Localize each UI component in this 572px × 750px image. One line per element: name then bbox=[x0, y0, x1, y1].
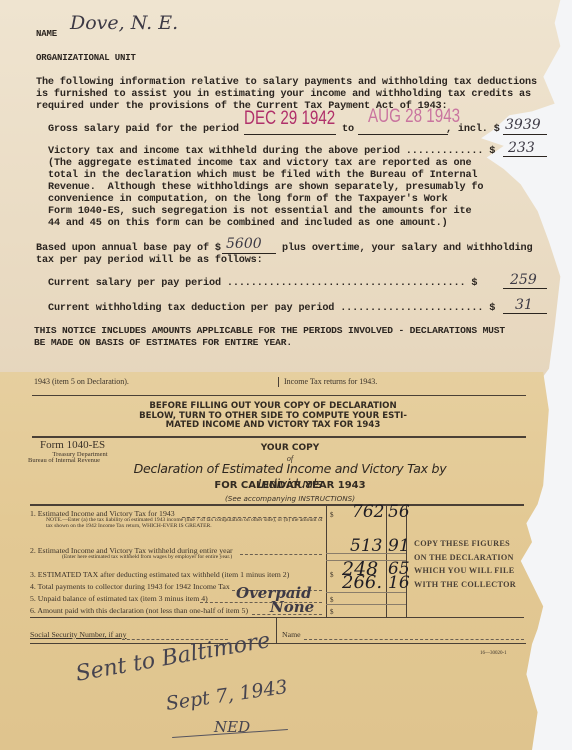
disclaimer-line-1: THIS NOTICE INCLUDES AMOUNTS APPLICABLE … bbox=[34, 325, 505, 338]
stub-right-text: Income Tax returns for 1943. bbox=[284, 377, 377, 386]
print-code: 16—30020-1 bbox=[480, 651, 507, 656]
withheld-label: Victory tax and income tax withheld duri… bbox=[48, 146, 495, 159]
paragraph-line-1: (The aggregate estimated income tax and … bbox=[48, 158, 471, 171]
items-bottom-rule bbox=[300, 617, 524, 618]
form-subtitle: FOR CALENDAR YEAR 1943 bbox=[190, 480, 390, 491]
annual-base-line-2: tax per pay period will be as follows: bbox=[36, 255, 263, 268]
withheld-amount: 233 bbox=[508, 140, 535, 156]
ssn-bottom-rule bbox=[30, 643, 526, 644]
copy-note-line-2: ON THE DECLARATION bbox=[414, 551, 516, 565]
item-6-dollar-sign: $ bbox=[330, 608, 334, 616]
disclaimer-line-2: BE MADE ON BASIS OF ESTIMATES FOR ENTIRE… bbox=[34, 337, 292, 350]
current-salary-label: Current salary per pay period ..........… bbox=[48, 278, 477, 291]
your-copy-heading: YOUR COPY bbox=[240, 443, 340, 453]
paragraph-line-3: Revenue. Although these withholdings are… bbox=[48, 182, 483, 195]
item-4-dollars: 266. bbox=[342, 572, 382, 593]
item-2-leader bbox=[240, 554, 322, 555]
annual-base-suffix: plus overtime, your salary and withholdi… bbox=[282, 243, 532, 256]
gross-salary-label: Gross salary paid for the period bbox=[48, 124, 239, 137]
org-unit-label: ORGANIZATIONAL UNIT bbox=[36, 52, 136, 65]
to-label: to bbox=[342, 124, 354, 137]
gross-salary-field bbox=[503, 134, 547, 135]
ssn-name-divider bbox=[276, 617, 277, 643]
item-1-dollars: 762 bbox=[352, 502, 384, 522]
paragraph-line-4: convenience in computation, on the long … bbox=[48, 194, 448, 207]
item-4-cents: 16 bbox=[388, 573, 410, 593]
current-withholding-amount: 31 bbox=[515, 297, 533, 313]
item-1-note: NOTE.—Enter (a) the tax liability on est… bbox=[46, 517, 324, 529]
name-field-label: Name bbox=[282, 630, 301, 639]
item-3-label: 3. ESTIMATED TAX after deducting estimat… bbox=[30, 570, 289, 579]
item-2-note: (Enter here estimated tax withheld from … bbox=[62, 554, 232, 560]
annual-base-amount: 5600 bbox=[226, 236, 262, 252]
amount-col-left bbox=[326, 506, 327, 618]
stub-left-text: 1943 (item 5 on Declaration). bbox=[34, 377, 129, 386]
item-1-cents: 56 bbox=[388, 502, 410, 522]
withheld-field bbox=[503, 156, 547, 157]
to-date-field bbox=[358, 134, 448, 135]
instruction-banner: BEFORE FILLING OUT YOUR COPY OF DECLARAT… bbox=[130, 402, 416, 431]
stub-rule bbox=[32, 395, 526, 396]
current-salary-field bbox=[503, 288, 547, 289]
gross-salary-amount: 3939 bbox=[505, 117, 541, 133]
item-5-dollar-sign: $ bbox=[330, 596, 334, 604]
items-bottom-rule-left bbox=[30, 617, 326, 618]
amount-rule-5 bbox=[326, 604, 406, 605]
form-number: Form 1040-ES bbox=[40, 439, 105, 451]
item-5-label: 5. Unpaid balance of estimated tax (item… bbox=[30, 594, 208, 603]
item-6-handwritten: None bbox=[270, 598, 314, 616]
intro-line-2: is furnished to assist you in estimating… bbox=[36, 89, 531, 102]
item-3-dollar-sign: $ bbox=[330, 571, 334, 579]
from-date-field bbox=[244, 134, 336, 135]
intro-line-1: The following information relative to sa… bbox=[36, 77, 537, 90]
current-withholding-field bbox=[503, 313, 547, 314]
stub-divider bbox=[278, 377, 279, 387]
annual-base-field bbox=[222, 253, 276, 254]
copy-note-line-1: COPY THESE FIGURES bbox=[414, 537, 516, 551]
item-6-label: 6. Amount paid with this declaration (no… bbox=[30, 606, 248, 615]
paragraph-line-2: total in the declaration which must be f… bbox=[48, 170, 477, 183]
incl-label: , incl. $ bbox=[446, 124, 500, 137]
ssn-label: Social Security Number, if any bbox=[30, 630, 126, 639]
paragraph-line-6: 44 and 45 on this form can be combined a… bbox=[48, 218, 448, 231]
copy-figures-note: COPY THESE FIGURES ON THE DECLARATION WH… bbox=[414, 537, 516, 591]
item-2-dollars: 513 bbox=[350, 536, 382, 556]
copy-note-line-4: WITH THE COLLECTOR bbox=[414, 578, 516, 592]
name-handwritten: Dove, N. E. bbox=[70, 12, 178, 34]
name-field bbox=[304, 639, 524, 640]
name-label: NAME bbox=[36, 28, 57, 41]
from-date-stamp: DEC 29 1942 bbox=[244, 108, 335, 130]
item-4-label: 4. Total payments to collector during 19… bbox=[30, 582, 230, 591]
current-withholding-label: Current withholding tax deduction per pa… bbox=[48, 303, 495, 316]
item-1-dollar-sign: $ bbox=[330, 511, 334, 519]
banner-line-3: MATED INCOME AND VICTORY TAX FOR 1943 bbox=[130, 421, 416, 431]
title-rule bbox=[30, 504, 524, 506]
item-2-cents: 91 bbox=[388, 536, 410, 556]
annual-base-label: Based upon annual base pay of $ bbox=[36, 243, 221, 256]
copy-note-line-3: WHICH YOU WILL FILE bbox=[414, 564, 516, 578]
cents-col-left bbox=[386, 506, 387, 618]
paragraph-line-5: Form 1040-ES, such segregation is not es… bbox=[48, 206, 471, 219]
banner-rule bbox=[32, 436, 526, 438]
bureau-name: Bureau of Internal Revenue bbox=[28, 457, 100, 464]
current-salary-amount: 259 bbox=[510, 272, 537, 288]
